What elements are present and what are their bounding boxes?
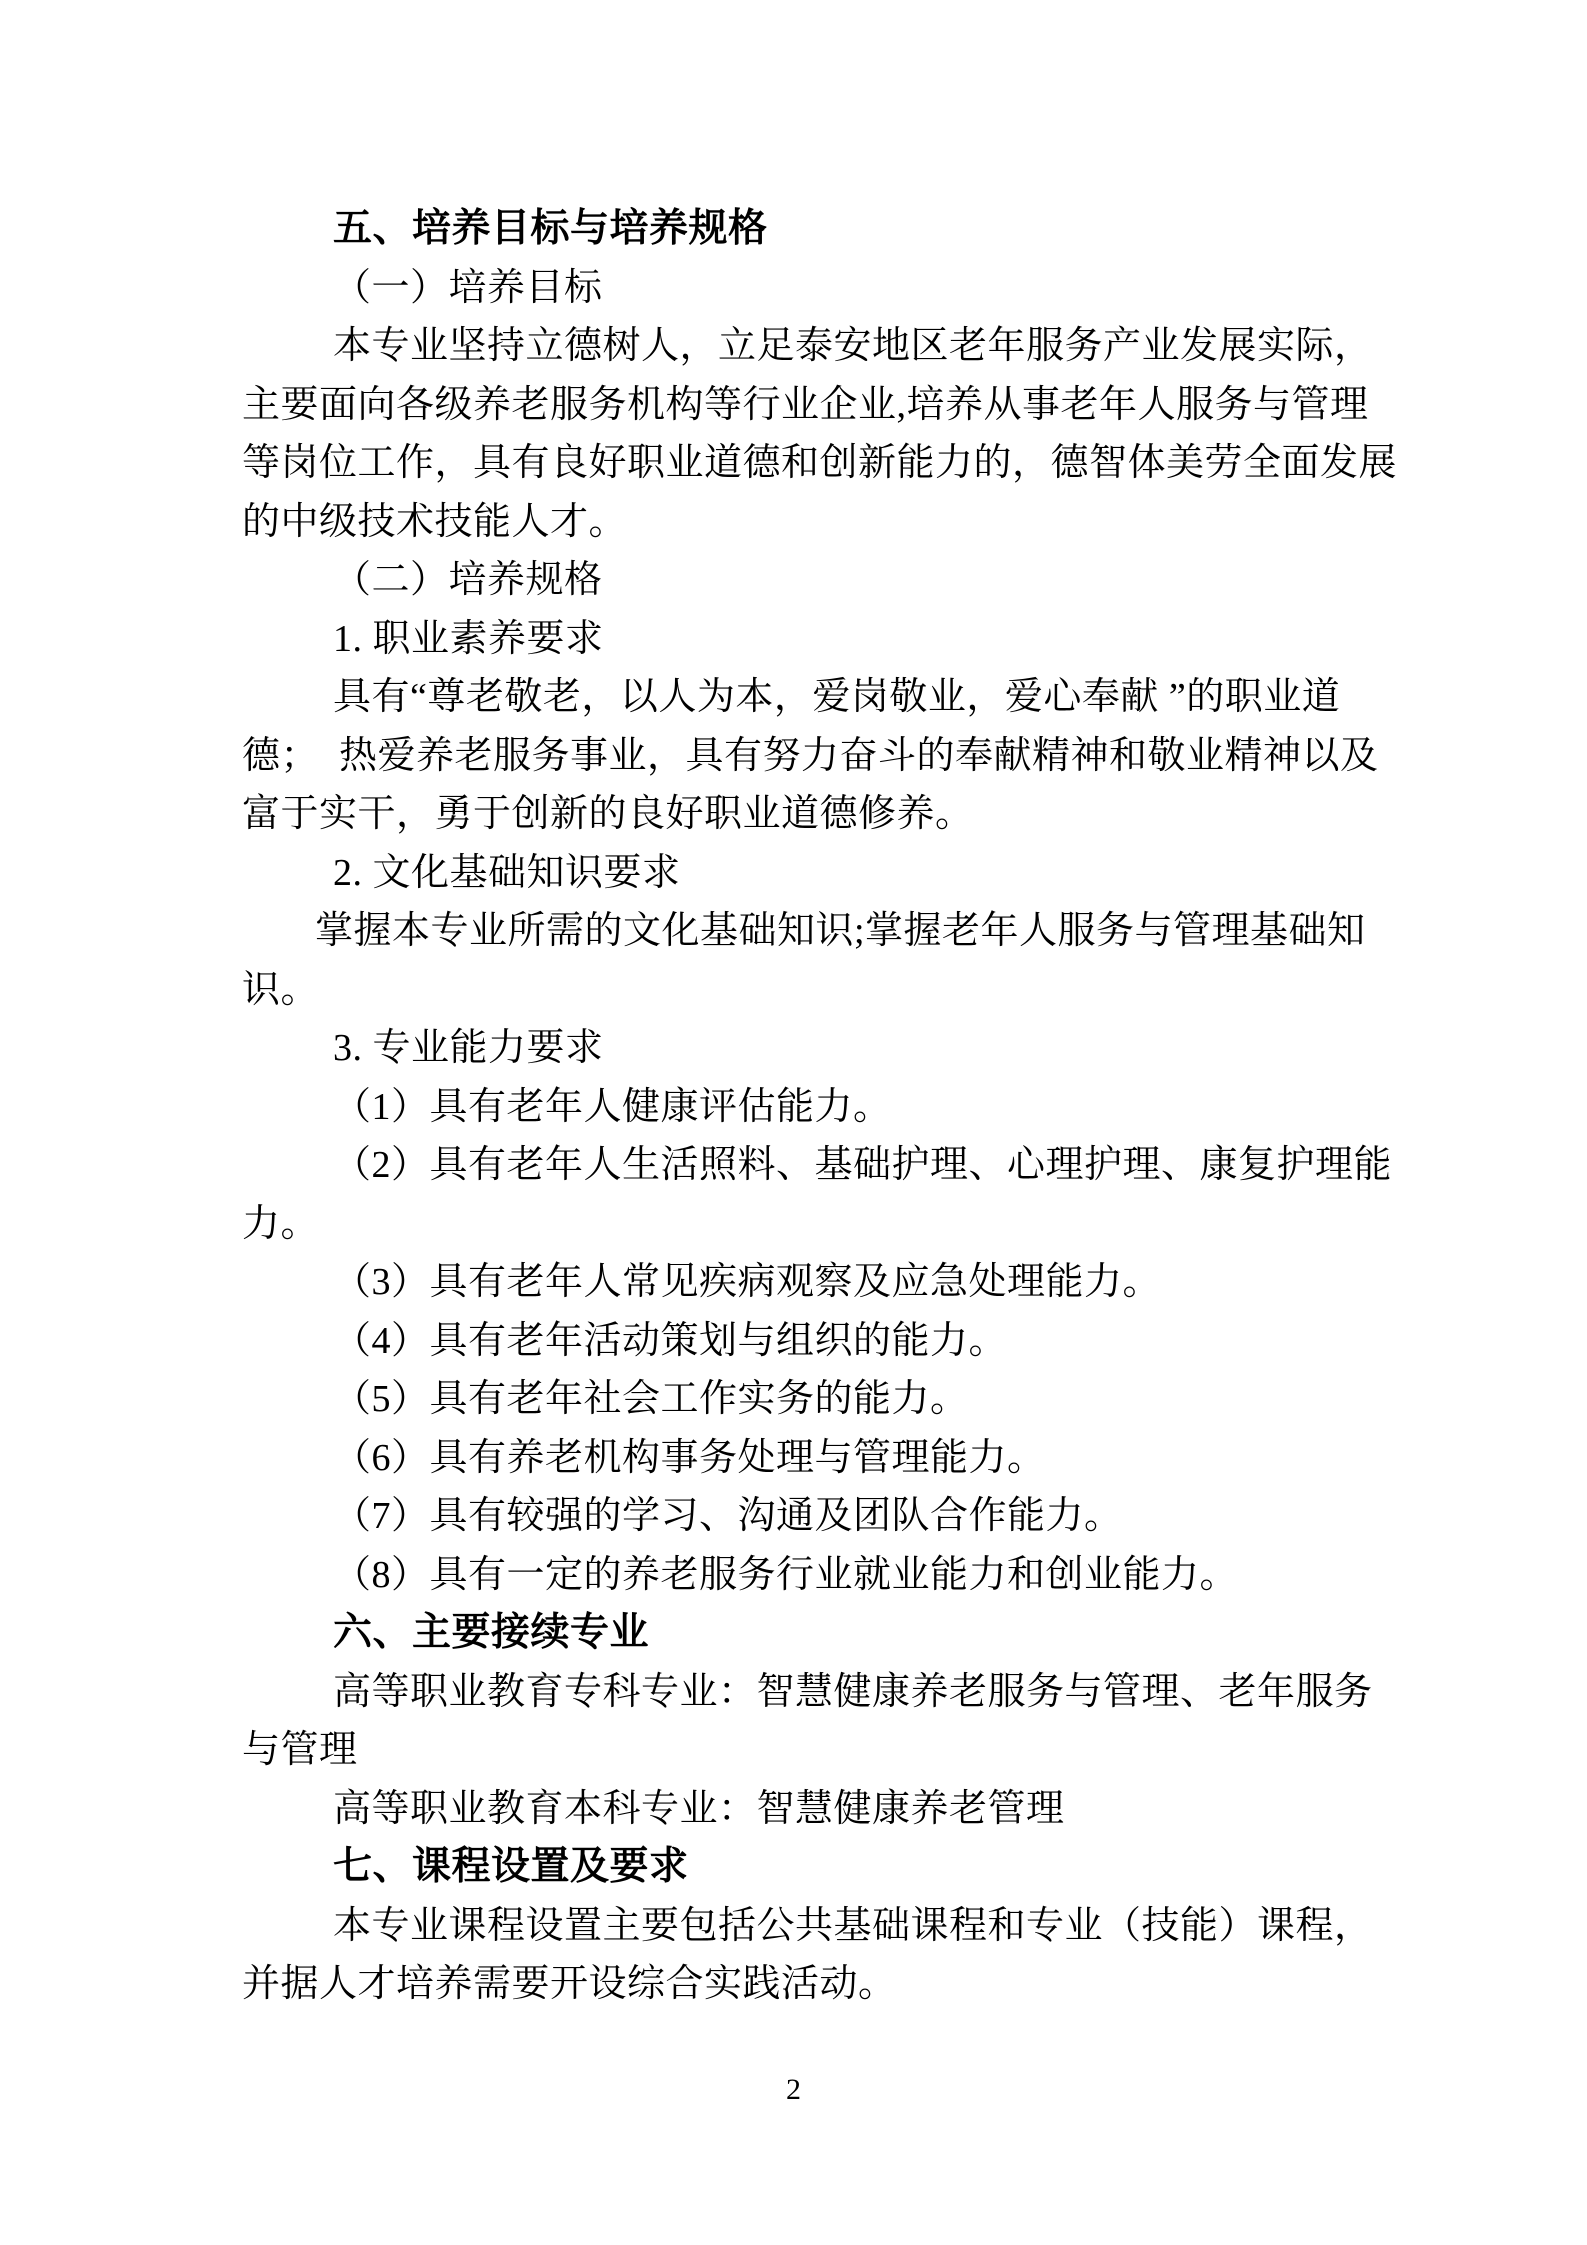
text-line: 高等职业教育本科专业：智慧健康养老管理: [242, 1780, 1432, 1839]
text-line: 的中级技术技能人才。: [242, 493, 1432, 552]
text-line: （4）具有老年活动策划与组织的能力。: [242, 1312, 1432, 1371]
text-line: （6）具有养老机构事务处理与管理能力。: [242, 1429, 1432, 1488]
text-line: 2. 文化基础知识要求: [242, 844, 1432, 903]
text-line: 1. 职业素养要求: [242, 610, 1432, 669]
text-line: 六、主要接续专业: [242, 1604, 1432, 1663]
text-line: （7）具有较强的学习、沟通及团队合作能力。: [242, 1487, 1432, 1546]
text-line: 识。: [242, 961, 1432, 1020]
page-number: 2: [0, 2072, 1587, 2108]
document-page: 五、培养目标与培养规格（一）培养目标本专业坚持立德树人，立足泰安地区老年服务产业…: [0, 0, 1587, 2245]
text-line: 与管理: [242, 1721, 1432, 1780]
text-line: （1）具有老年人健康评估能力。: [242, 1078, 1432, 1137]
text-line: 等岗位工作，具有良好职业道德和创新能力的，德智体美劳全面发展: [242, 434, 1432, 493]
text-line: 德； 热爱养老服务事业，具有努力奋斗的奉献精神和敬业精神以及: [242, 727, 1432, 786]
text-line: 五、培养目标与培养规格: [242, 200, 1432, 259]
text-line: 并据人才培养需要开设综合实践活动。: [242, 1955, 1432, 2014]
text-line: 七、课程设置及要求: [242, 1838, 1432, 1897]
text-line: （2）具有老年人生活照料、基础护理、心理护理、康复护理能: [242, 1136, 1432, 1195]
text-line: 3. 专业能力要求: [242, 1019, 1432, 1078]
text-line: 掌握本专业所需的文化基础知识;掌握老年人服务与管理基础知: [242, 902, 1432, 961]
text-line: 本专业坚持立德树人，立足泰安地区老年服务产业发展实际，: [242, 317, 1432, 376]
text-line: （3）具有老年人常见疾病观察及应急处理能力。: [242, 1253, 1432, 1312]
text-line: 主要面向各级养老服务机构等行业企业,培养从事老年人服务与管理: [242, 376, 1432, 435]
text-line: 本专业课程设置主要包括公共基础课程和专业（技能）课程，: [242, 1897, 1432, 1956]
text-line: 力。: [242, 1195, 1432, 1254]
document-body: 五、培养目标与培养规格（一）培养目标本专业坚持立德树人，立足泰安地区老年服务产业…: [242, 200, 1432, 2014]
text-line: 富于实干，勇于创新的良好职业道德修养。: [242, 785, 1432, 844]
text-line: 高等职业教育专科专业：智慧健康养老服务与管理、老年服务: [242, 1663, 1432, 1722]
text-line: 具有“尊老敬老，以人为本，爱岗敬业，爱心奉献 ”的职业道: [242, 668, 1432, 727]
text-line: （一）培养目标: [242, 259, 1432, 318]
text-line: （二）培养规格: [242, 551, 1432, 610]
text-line: （8）具有一定的养老服务行业就业能力和创业能力。: [242, 1546, 1432, 1605]
text-line: （5）具有老年社会工作实务的能力。: [242, 1370, 1432, 1429]
